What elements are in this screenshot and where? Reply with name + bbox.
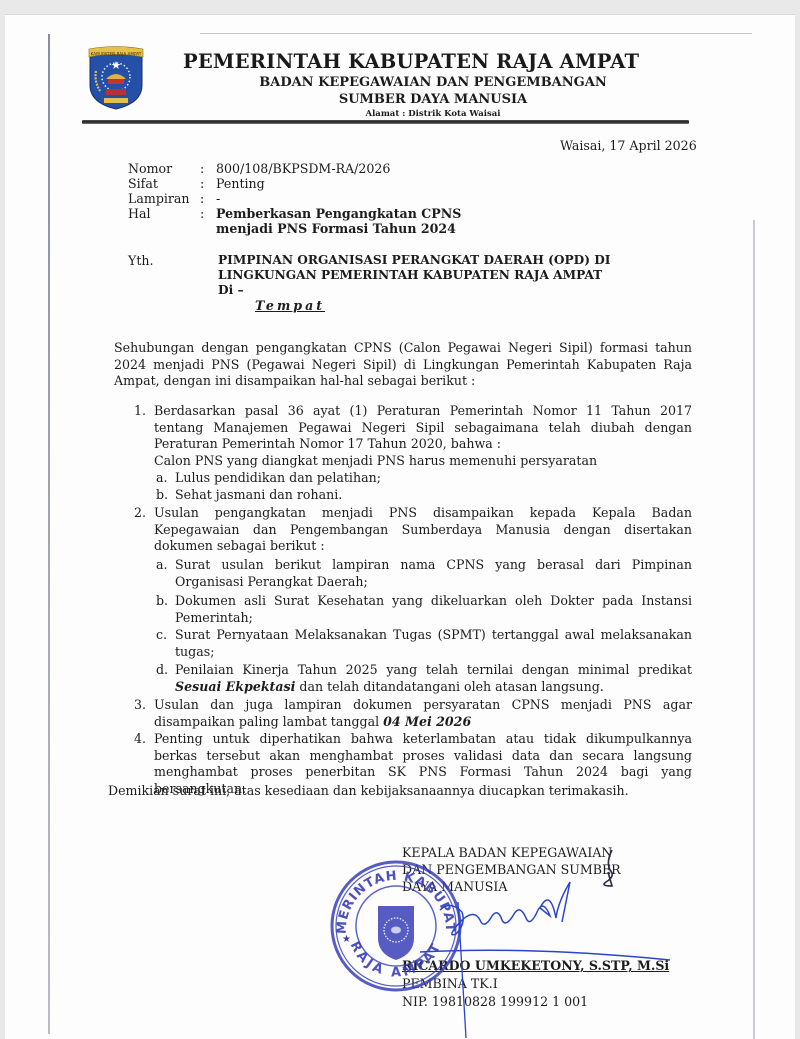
deadline-date: 04 Mei 2026 — [383, 714, 471, 729]
item-1-text: Berdasarkan pasal 36 ayat (1) Peraturan … — [154, 403, 692, 453]
recipient-place: Tempat — [255, 298, 325, 313]
meta-colon: : — [200, 191, 216, 206]
subject-line1: Pemberkasan Pengangkatan CPNS — [216, 206, 461, 221]
meta-row-nomor: Nomor : 800/108/BKPSDM-RA/2026 — [128, 161, 461, 176]
item-2b-text: Dokumen asli Surat Kesehatan yang dikelu… — [175, 593, 692, 626]
meta-colon: : — [200, 206, 216, 236]
recipient: PIMPINAN ORGANISASI PERANGKAT DAERAH (OP… — [218, 253, 611, 298]
letterhead-agency-line1: BADAN KEPEGAWAIAN DAN PENGEMBANGAN — [0, 75, 800, 90]
meta-row-lampiran: Lampiran : - — [128, 191, 461, 206]
signer-nip: NIP. 19810828 199912 1 001 — [402, 994, 588, 1011]
item-2c-text: Surat Pernyataan Melaksanakan Tugas (SPM… — [175, 627, 692, 660]
item-2d-text: Penilaian Kinerja Tahun 2025 yang telah … — [175, 662, 692, 695]
scan-edge-left — [48, 34, 50, 1034]
letter-meta: Nomor : 800/108/BKPSDM-RA/2026 Sifat : P… — [128, 161, 461, 236]
sub-number: a. — [156, 557, 168, 574]
meta-label: Hal — [128, 206, 200, 236]
official-stamp-icon: PEMERINTAH KABUPATEN RAJA AMPAT ★ — [328, 858, 464, 994]
item-2d-after: dan telah ditandatangani oleh atasan lan… — [295, 679, 603, 694]
meta-row-sifat: Sifat : Penting — [128, 176, 461, 191]
recipient-line3: Di – — [218, 283, 611, 298]
item-number: 1. — [134, 403, 146, 420]
item-1b-text: Sehat jasmani dan rohani. — [175, 487, 692, 504]
recipient-line1: PIMPINAN ORGANISASI PERANGKAT DAERAH (OP… — [218, 253, 611, 268]
meta-colon: : — [200, 176, 216, 191]
item-number: 2. — [134, 505, 146, 522]
letterhead-government: PEMERINTAH KABUPATEN RAJA AMPAT — [183, 50, 639, 73]
item-1-lead: Calon PNS yang diangkat menjadi PNS haru… — [154, 453, 692, 470]
meta-label: Sifat — [128, 176, 200, 191]
meta-row-hal: Hal : Pemberkasan Pengangkatan CPNS menj… — [128, 206, 461, 236]
meta-value: Penting — [216, 176, 265, 191]
letterhead-agency-line2: SUMBER DAYA MANUSIA — [0, 92, 800, 107]
intro-paragraph: Sehubungan dengan pengangkatan CPNS (Cal… — [114, 340, 692, 390]
letterhead-address: Alamat : Distrik Kota Waisai — [0, 109, 800, 119]
scan-edge-right — [753, 220, 755, 1039]
recipient-line2: LINGKUNGAN PEMERINTAH KABUPATEN RAJA AMP… — [218, 268, 611, 283]
sub-number: b. — [156, 487, 168, 504]
sub-number: a. — [156, 470, 168, 487]
svg-text:KABUPATEN RAJA AMPAT: KABUPATEN RAJA AMPAT — [91, 52, 142, 57]
subject-line2: menjadi PNS Formasi Tahun 2024 — [216, 221, 456, 236]
letter-date: Waisai, 17 April 2026 — [560, 138, 697, 153]
predicate-emphasis: Sesuai Ekpektasi — [175, 679, 295, 694]
meta-label: Nomor — [128, 161, 200, 176]
sub-number: b. — [156, 593, 168, 610]
meta-value: Pemberkasan Pengangkatan CPNS menjadi PN… — [216, 206, 461, 236]
letterhead-rule — [82, 120, 689, 124]
meta-value: 800/108/BKPSDM-RA/2026 — [216, 161, 390, 176]
meta-label: Lampiran — [128, 191, 200, 206]
meta-value: - — [216, 191, 220, 206]
closing-sentence: Demikian surat ini, atas kesediaan dan k… — [108, 783, 629, 798]
scan-edge-top — [200, 33, 752, 34]
svg-text:★: ★ — [342, 934, 351, 945]
item-3-text: Usulan dan juga lampiran dokumen persyar… — [154, 697, 692, 730]
meta-colon: : — [200, 161, 216, 176]
item-number: 4. — [134, 731, 146, 748]
recipient-label: Yth. — [128, 253, 154, 268]
item-2-text: Usulan pengangkatan menjadi PNS disampai… — [154, 505, 692, 555]
item-2d-before: Penilaian Kinerja Tahun 2025 yang telah … — [175, 662, 692, 677]
item-number: 3. — [134, 697, 146, 714]
sub-number: d. — [156, 662, 168, 679]
sub-number: c. — [156, 627, 167, 644]
item-2a-text: Surat usulan berikut lampiran nama CPNS … — [175, 557, 692, 590]
item-1a-text: Lulus pendidikan dan pelatihan; — [175, 470, 692, 487]
